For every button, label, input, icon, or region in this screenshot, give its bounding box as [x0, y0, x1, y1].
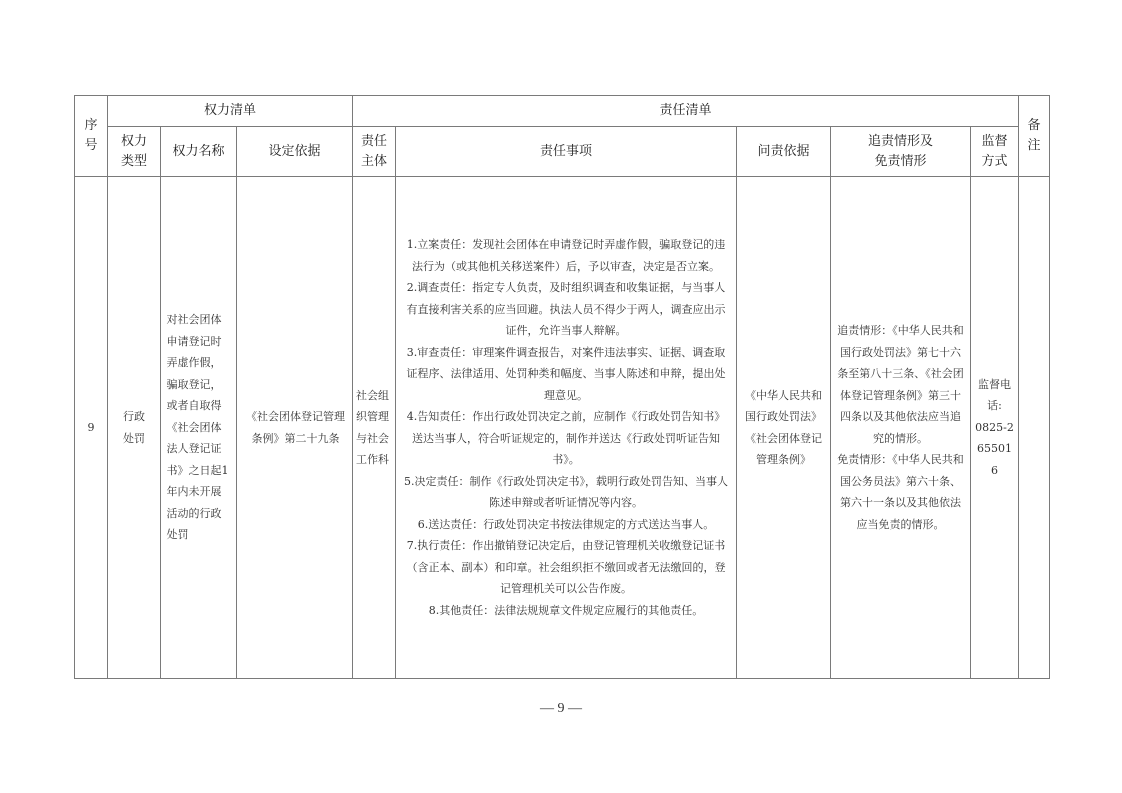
duty-item: 4.告知责任：作出行政处罚决定之前，应制作《行政处罚告知书》送达当事人，符合听证…	[402, 406, 730, 471]
exemption-text: 免责情形：《中华人民共和国公务员法》第六十条、第六十一条以及其他依法应当免责的情…	[837, 449, 964, 535]
header-accountability-basis: 问责依据	[737, 127, 831, 177]
cell-subject: 社会组织管理与社会工作科	[353, 177, 396, 679]
header-subject: 责任主体	[353, 127, 396, 177]
header-responsibility-list: 责任清单	[353, 96, 1019, 127]
supervision-label: 监督电话:	[974, 374, 1015, 417]
header-basis: 设定依据	[237, 127, 353, 177]
table-row: 9 行政处罚 对社会团体申请登记时弄虚作假，骗取登记，或者自取得《社会团体法人登…	[75, 177, 1050, 679]
duty-item: 1.立案责任：发现社会团体在申请登记时弄虚作假，骗取登记的违法行为（或其他机关移…	[402, 234, 730, 277]
pursuit-text: 追责情形：《中华人民共和国行政处罚法》第七十六条至第八十三条、《社会团体登记管理…	[837, 320, 964, 449]
cell-duties: 1.立案责任：发现社会团体在申请登记时弄虚作假，骗取登记的违法行为（或其他机关移…	[396, 177, 737, 679]
duty-item: 6.送达责任：行政处罚决定书按法律规定的方式送达当事人。	[402, 514, 730, 536]
header-power-list: 权力清单	[108, 96, 353, 127]
duty-item: 2.调查责任：指定专人负责，及时组织调查和收集证据，与当事人有直接利害关系的应当…	[402, 277, 730, 342]
cell-remarks	[1019, 177, 1050, 679]
cell-seq: 9	[75, 177, 108, 679]
duty-item: 5.决定责任：制作《行政处罚决定书》，载明行政处罚告知、当事人陈述申辩或者听证情…	[402, 471, 730, 514]
supervision-phone: 0825-2655016	[974, 417, 1015, 482]
cell-power-type: 行政处罚	[108, 177, 161, 679]
duty-item: 7.执行责任：作出撤销登记决定后，由登记管理机关收缴登记证书（含正本、副本）和印…	[402, 535, 730, 600]
header-power-name: 权力名称	[161, 127, 237, 177]
page-number: — 9 —	[0, 701, 1122, 717]
cell-pursuit-exemption: 追责情形：《中华人民共和国行政处罚法》第七十六条至第八十三条、《社会团体登记管理…	[831, 177, 971, 679]
cell-basis: 《社会团体登记管理条例》第二十九条	[237, 177, 353, 679]
duty-item: 3.审查责任：审理案件调查报告，对案件违法事实、证据、调查取证程序、法律适用、处…	[402, 342, 730, 407]
header-seq: 序号	[75, 96, 108, 177]
duty-item: 8.其他责任：法律法规规章文件规定应履行的其他责任。	[402, 600, 730, 622]
cell-supervision: 监督电话: 0825-2655016	[971, 177, 1019, 679]
header-power-type: 权力类型	[108, 127, 161, 177]
header-duties: 责任事项	[396, 127, 737, 177]
header-supervision: 监督方式	[971, 127, 1019, 177]
power-responsibility-table: 序号 权力清单 责任清单 备注 权力类型 权力名称 设定依据 责任主体 责任事项…	[74, 95, 1050, 679]
cell-power-name: 对社会团体申请登记时弄虚作假，骗取登记，或者自取得《社会团体法人登记证书》之日起…	[161, 177, 237, 679]
cell-accountability-basis: 《中华人民共和国行政处罚法》《社会团体登记管理条例》	[737, 177, 831, 679]
header-remarks: 备注	[1019, 96, 1050, 177]
header-pursuit-exemption: 追责情形及免责情形	[831, 127, 971, 177]
